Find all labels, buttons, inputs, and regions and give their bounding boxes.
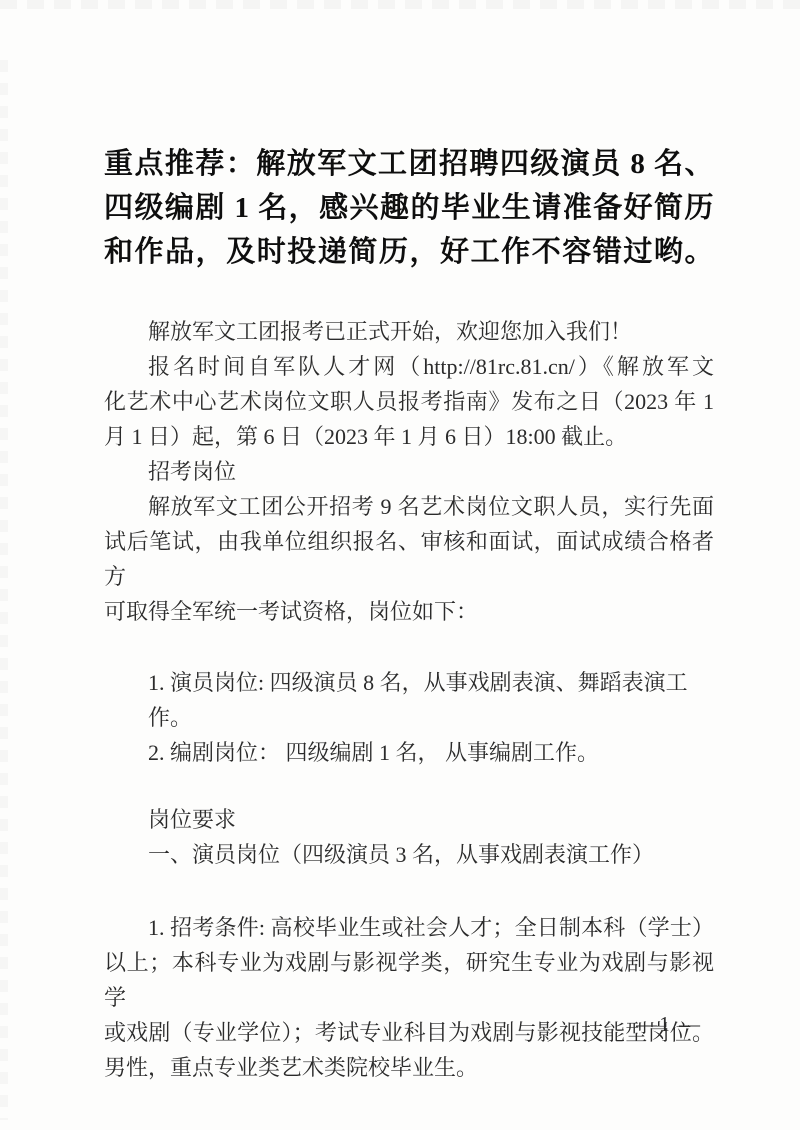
text-line: 2. 编剧岗位： 四级编剧 1 名， 从事编剧工作。 [104, 735, 714, 770]
page-number: —1 — [636, 1012, 702, 1037]
text-line: 化艺术中心艺术岗位文职人员报考指南》发布之日（2023 年 1 [104, 384, 714, 419]
text-line: 一、演员岗位（四级演员 3 名，从事戏剧表演工作） [104, 837, 714, 872]
title-line: 重点推荐：解放军文工团招聘四级演员 8 名、 [104, 142, 714, 186]
scan-edge-artifact-top [0, 0, 800, 9]
text-line: 1. 招考条件: 高校毕业生或社会人才；全日制本科（学士） [104, 910, 714, 945]
document-title: 重点推荐：解放军文工团招聘四级演员 8 名、 四级编剧 1 名，感兴趣的毕业生请… [104, 142, 714, 274]
scan-edge-artifact-left [0, 60, 8, 1120]
text-line: 或戏剧（专业学位）；考试专业科目为戏剧与影视技能型岗位。 [104, 1015, 714, 1050]
text-line: 招考岗位 [104, 454, 714, 489]
text-line: 报名时间自军队人才网（http://81rc.81.cn/）《解放军文 [104, 349, 714, 384]
text-line: 男性，重点专业类艺术类院校毕业生。 [104, 1050, 714, 1085]
text-line: 解放军文工团公开招考 9 名艺术岗位文职人员，实行先面 [104, 489, 714, 524]
title-line: 和作品，及时投递简历，好工作不容错过哟。 [104, 230, 714, 274]
text-line: 月 1 日）起，第 6 日（2023 年 1 月 6 日）18:00 截止。 [104, 419, 714, 454]
text-line: 试后笔试，由我单位组织报名、审核和面试，面试成绩合格者方 [104, 524, 714, 594]
text-line: 以上；本科专业为戏剧与影视学类，研究生专业为戏剧与影视学 [104, 945, 714, 1015]
text-line: 1. 演员岗位: 四级演员 8 名，从事戏剧表演、舞蹈表演工作。 [104, 665, 714, 735]
text-line: 解放军文工团报考已正式开始，欢迎您加入我们！ [104, 314, 714, 349]
text-line: 可取得全军统一考试资格，岗位如下： [104, 594, 714, 629]
document-page: 重点推荐：解放军文工团招聘四级演员 8 名、 四级编剧 1 名，感兴趣的毕业生请… [0, 0, 800, 1130]
text-line: 岗位要求 [104, 802, 714, 837]
title-line: 四级编剧 1 名，感兴趣的毕业生请准备好简历 [104, 186, 714, 230]
document-body: 解放军文工团报考已正式开始，欢迎您加入我们！报名时间自军队人才网（http://… [104, 314, 714, 1085]
